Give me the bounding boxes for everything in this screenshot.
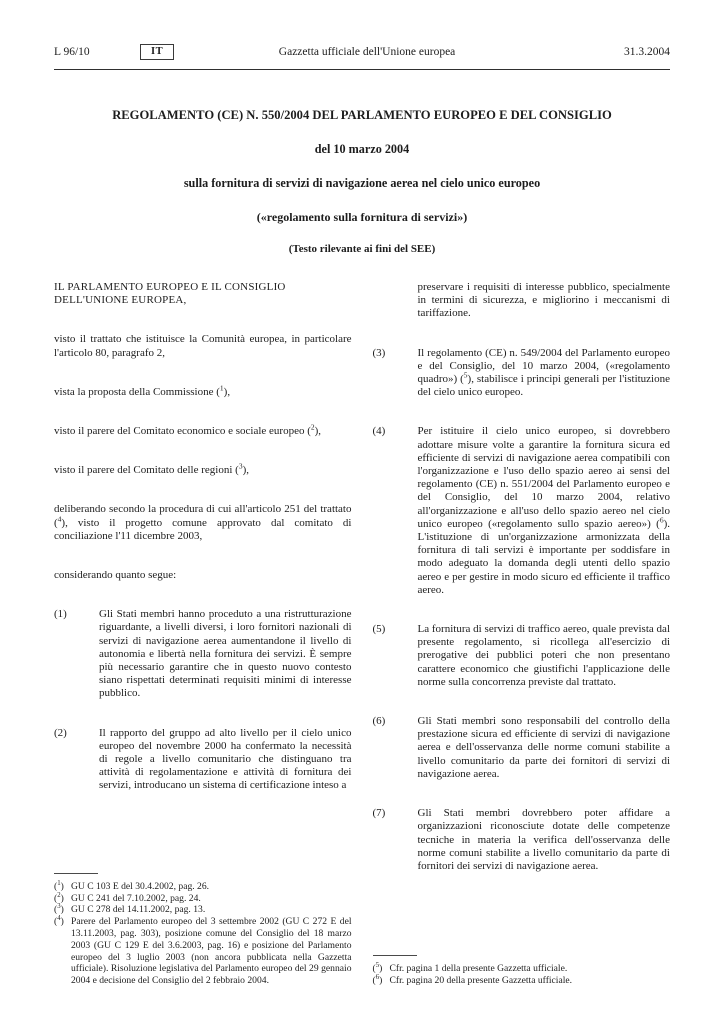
recital: (4) Per istituire il cielo unico europeo…: [373, 425, 671, 597]
recital: (6) Gli Stati membri sono responsabili d…: [373, 715, 671, 781]
recital-number: (2): [54, 727, 99, 793]
right-column: preservare i requisiti di interesse pubb…: [373, 281, 671, 1001]
page-reference: L 96/10: [54, 46, 140, 58]
recital-number: (5): [373, 623, 418, 689]
recital: (5) La fornitura di servizi di traffico …: [373, 623, 671, 689]
footnote: (6) Cfr. pagina 20 della presente Gazzet…: [373, 975, 671, 987]
left-column: IL PARLAMENTO EUROPEO E IL CONSIGLIO DEL…: [54, 281, 352, 1001]
footnote-separator: [373, 955, 417, 956]
recital-text: Il regolamento (CE) n. 549/2004 del Parl…: [418, 347, 671, 400]
recital-continuation: preservare i requisiti di interesse pubb…: [373, 281, 671, 321]
footnote: (4) Parere del Parlamento europeo del 3 …: [54, 916, 352, 987]
footnote-text: GU C 103 E del 30.4.2002, pag. 26.: [71, 881, 352, 893]
recital-text: Gli Stati membri dovrebbero poter affida…: [418, 807, 671, 873]
footnote-text: Cfr. pagina 20 della presente Gazzetta u…: [390, 975, 671, 987]
recital: (2) Il rapporto del gruppo ad alto livel…: [54, 727, 352, 793]
recital-text: La fornitura di servizi di traffico aere…: [418, 623, 671, 689]
footnote-text: Cfr. pagina 1 della presente Gazzetta uf…: [390, 963, 671, 975]
footnote-marker: (6): [373, 975, 390, 987]
citation-paragraph: vista la proposta della Commissione (1),: [54, 386, 352, 399]
header-rule: [54, 69, 670, 70]
recital-number: (3): [373, 347, 418, 400]
recital-number: (4): [373, 425, 418, 597]
citation-paragraph: deliberando secondo la procedura di cui …: [54, 503, 352, 543]
recital: (7) Gli Stati membri dovrebbero poter af…: [373, 807, 671, 873]
citation-paragraph: visto il parere del Comitato delle regio…: [54, 464, 352, 477]
recital-number: (1): [54, 608, 99, 700]
regulation-subject: sulla fornitura di servizi di navigazion…: [54, 176, 670, 191]
footnote-text: Parere del Parlamento europeo del 3 sett…: [71, 916, 352, 987]
footnote-separator: [54, 873, 98, 874]
eea-relevance-note: (Testo rilevante ai fini del SEE): [54, 243, 670, 255]
recital-text: Gli Stati membri hanno proceduto a una r…: [99, 608, 352, 700]
regulation-date: del 10 marzo 2004: [54, 142, 670, 157]
title-block: REGOLAMENTO (CE) N. 550/2004 DEL PARLAME…: [54, 108, 670, 255]
recital-number: (6): [373, 715, 418, 781]
recital-text: Il rapporto del gruppo ad alto livello p…: [99, 727, 352, 793]
preamble-opening: IL PARLAMENTO EUROPEO E IL CONSIGLIO DEL…: [54, 281, 352, 307]
footnote: (5) Cfr. pagina 1 della presente Gazzett…: [373, 963, 671, 975]
citation-paragraph: visto il trattato che istituisce la Comu…: [54, 333, 352, 359]
footnote-text: GU C 241 del 7.10.2002, pag. 24.: [71, 893, 352, 905]
footnote: (3) GU C 278 del 14.11.2002, pag. 13.: [54, 904, 352, 916]
footnote-marker: (4): [54, 916, 71, 987]
language-badge: IT: [140, 44, 174, 60]
regulation-short-title: («regolamento sulla fornitura di servizi…: [54, 210, 670, 225]
recital: (3) Il regolamento (CE) n. 549/2004 del …: [373, 347, 671, 400]
regulation-title: REGOLAMENTO (CE) N. 550/2004 DEL PARLAME…: [54, 108, 670, 123]
journal-title: Gazzetta ufficiale dell'Unione europea: [174, 46, 560, 58]
document-body: IL PARLAMENTO EUROPEO E IL CONSIGLIO DEL…: [54, 281, 670, 1001]
citation-paragraph: visto il parere del Comitato economico e…: [54, 425, 352, 438]
publication-date: 31.3.2004: [560, 46, 670, 58]
page-header: L 96/10 IT Gazzetta ufficiale dell'Union…: [54, 44, 670, 60]
recital-number: (7): [373, 807, 418, 873]
recital-text: Gli Stati membri sono responsabili del c…: [418, 715, 671, 781]
footnote: (2) GU C 241 del 7.10.2002, pag. 24.: [54, 893, 352, 905]
footnotes-right: (5) Cfr. pagina 1 della presente Gazzett…: [373, 955, 671, 987]
footnotes-left: (1) GU C 103 E del 30.4.2002, pag. 26. (…: [54, 873, 352, 987]
recital: (1) Gli Stati membri hanno proceduto a u…: [54, 608, 352, 700]
recital-text: Per istituire il cielo unico europeo, si…: [418, 425, 671, 597]
journal-page: L 96/10 IT Gazzetta ufficiale dell'Union…: [0, 0, 724, 1024]
footnote: (1) GU C 103 E del 30.4.2002, pag. 26.: [54, 881, 352, 893]
recitals-intro: considerando quanto segue:: [54, 569, 352, 582]
footnote-text: GU C 278 del 14.11.2002, pag. 13.: [71, 904, 352, 916]
